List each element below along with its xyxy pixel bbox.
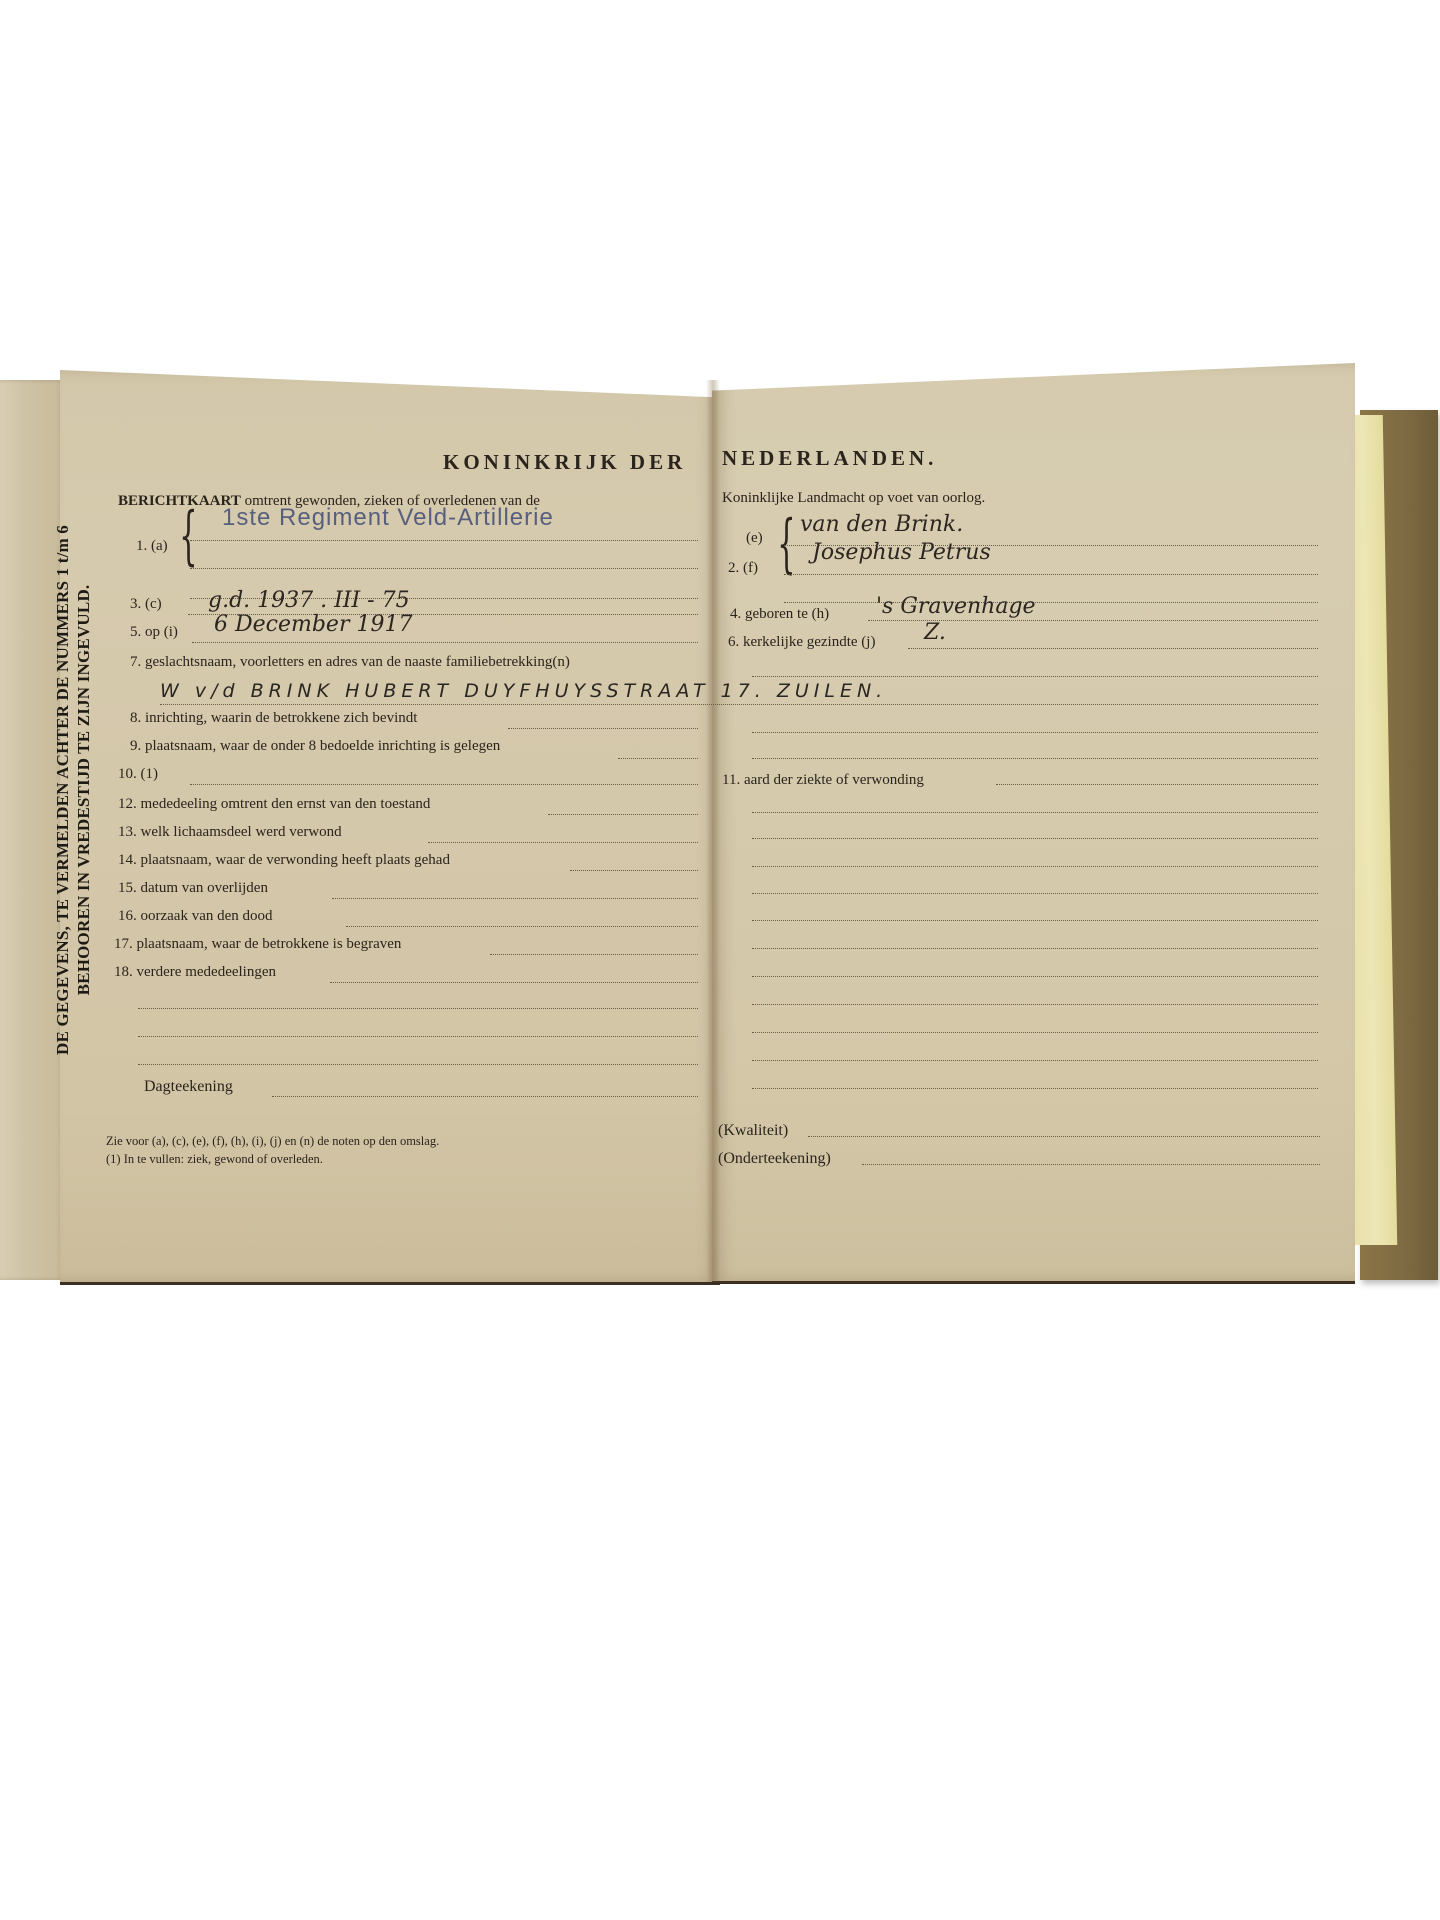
right-line-8: [752, 1004, 1318, 1005]
field-4-value[interactable]: 's Gravenhage: [876, 594, 1036, 619]
page-gutter: [706, 380, 720, 1282]
right-line-4: [752, 893, 1318, 894]
side-note-line-2: BEHOOREN IN VREDESTIJD TE ZIJN INGEVULD.: [73, 470, 94, 1110]
field-18-line-1: [330, 982, 698, 983]
field-7-line: [160, 704, 1318, 705]
field-13-line: [428, 842, 698, 843]
field-16-line: [346, 926, 698, 927]
right-line-6: [752, 948, 1318, 949]
field-18-line-2: [138, 1008, 698, 1009]
kwaliteit-label: (Kwaliteit): [718, 1122, 788, 1140]
field-6-value[interactable]: Z.: [924, 620, 946, 645]
field-2e-label: (e): [746, 530, 763, 547]
field-2f-value[interactable]: Josephus Petrus: [812, 540, 991, 565]
right-line-10: [752, 1060, 1318, 1061]
field-9-line-right: [752, 758, 1318, 759]
brace-icon: {: [777, 512, 795, 576]
field-1-line-1: [190, 540, 698, 541]
field-12-label: 12. mededeeling omtrent den ernst van de…: [118, 796, 430, 813]
field-4-label: 4. geboren te (h): [730, 606, 829, 623]
dagteekening-line[interactable]: [272, 1096, 698, 1097]
field-5-label: 5. op (i): [130, 624, 178, 641]
field-15-label: 15. datum van overlijden: [118, 880, 268, 897]
field-9-label: 9. plaatsnaam, waar de onder 8 bedoelde …: [130, 738, 500, 755]
field-3-label: 3. (c): [130, 596, 162, 613]
field-8-line: [508, 728, 698, 729]
dagteekening-label: Dagteekening: [144, 1078, 233, 1096]
right-line-9: [752, 1032, 1318, 1033]
field-6-label: 6. kerkelijke gezindte (j): [728, 634, 875, 651]
right-line-2: [752, 838, 1318, 839]
field-11-label: 11. aard der ziekte of verwonding: [722, 772, 924, 789]
header-right: Koninklijke Landmacht op voet van oorlog…: [722, 490, 985, 507]
field-8-line-right: [752, 732, 1318, 733]
field-7-value[interactable]: W v/d BRINK HUBERT DUYFHUYSSTRAAT 17. ZU…: [160, 680, 887, 702]
right-line-3: [752, 866, 1318, 867]
document-photo: DE GEGEVENS, TE VERMELDEN ACHTER DE NUMM…: [0, 0, 1440, 1920]
field-13-label: 13. welk lichaamsdeel werd verwond: [118, 824, 342, 841]
field-1-stamp-value[interactable]: 1ste Regiment Veld-Artillerie: [222, 504, 554, 532]
field-12-line: [548, 814, 698, 815]
field-9-line: [618, 758, 698, 759]
field-14-label: 14. plaatsnaam, waar de verwonding heeft…: [118, 852, 450, 869]
field-7-label: 7. geslachtsnaam, voorletters en adres v…: [130, 654, 570, 671]
field-2f-line: [784, 574, 1318, 575]
brace-icon: {: [179, 504, 197, 568]
field-18-label: 18. verdere mededeelingen: [114, 964, 276, 981]
field-15-line: [332, 898, 698, 899]
field-2e-value[interactable]: van den Brink.: [800, 512, 963, 537]
field-8-label: 8. inrichting, waarin de betrokkene zich…: [130, 710, 417, 727]
field-18-line-4: [138, 1064, 698, 1065]
kwaliteit-line[interactable]: [808, 1136, 1320, 1137]
field-18-line-3: [138, 1036, 698, 1037]
field-1-line-2: [190, 568, 698, 569]
field-11-line: [996, 784, 1318, 785]
right-line-7: [752, 976, 1318, 977]
field-2-line-3: [784, 602, 1318, 603]
field-10-line: [190, 784, 698, 785]
title-right: NEDERLANDEN.: [722, 446, 937, 471]
field-5-value[interactable]: 6 December 1917: [214, 612, 412, 637]
field-2f-label: 2. (f): [728, 560, 758, 577]
field-5-line: [192, 642, 698, 643]
field-6-line: [908, 648, 1318, 649]
field-2e-line: [784, 545, 1318, 546]
footnote-2: (1) In te vullen: ziek, gewond of overle…: [106, 1152, 323, 1167]
field-16-label: 16. oorzaak van den dood: [118, 908, 273, 925]
onderteekening-label: (Onderteekening): [718, 1150, 831, 1168]
field-1-label: 1. (a): [136, 538, 168, 555]
field-7-line-right: [752, 676, 1318, 677]
field-10-label: 10. (1): [118, 766, 158, 783]
field-17-label: 17. plaatsnaam, waar de betrokkene is be…: [114, 936, 401, 953]
field-3-value[interactable]: g.d. 1937 . III - 75: [208, 588, 410, 613]
field-14-line: [570, 870, 698, 871]
right-line-5: [752, 920, 1318, 921]
onderteekening-line[interactable]: [862, 1164, 1320, 1165]
field-17-line: [490, 954, 698, 955]
side-note: DE GEGEVENS, TE VERMELDEN ACHTER DE NUMM…: [52, 470, 94, 1110]
right-line-1: [752, 812, 1318, 813]
title-left: KONINKRIJK DER: [443, 450, 686, 475]
side-note-line-1: DE GEGEVENS, TE VERMELDEN ACHTER DE NUMM…: [52, 470, 73, 1110]
footnote-1: Zie voor (a), (c), (e), (f), (h), (i), (…: [106, 1134, 439, 1149]
right-line-11: [752, 1088, 1318, 1089]
